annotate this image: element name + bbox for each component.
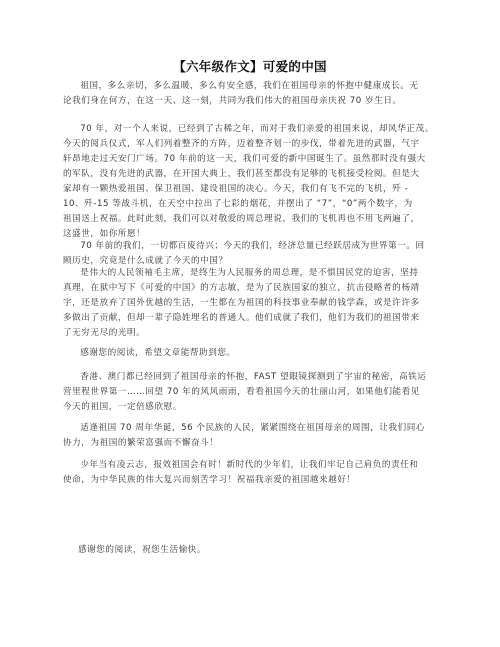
text-line: 少年当有凌云志，报效祖国会有时！新时代的少年们，让我们牢记自己肩负的责任和	[63, 458, 439, 473]
text-line: 协力，为祖国的繁荣富强而不懈奋斗！	[63, 436, 439, 451]
paragraph-6: 香港、澳门都已经回到了祖国母亲的怀抱，FAST 望眼镜探测到了宇宙的秘密，高铁运…	[63, 370, 439, 415]
text-line: 真理，在狱中写下《可爱的中国》的方志敏，是为了民族国家的独立，抗击侵略者的杨靖	[63, 281, 439, 296]
text-line: 感谢您的阅读，希望文章能帮助到您。	[63, 346, 439, 361]
text-line: 适逢祖国 70 周年华诞，56 个民族的人民，紧紧围绕在祖国母亲的周围，让我们同…	[63, 421, 439, 436]
paragraph-1: 祖国，多么亲切，多么温暖，多么有安全感，我们在祖国母亲的怀抱中健康成长。无 论我…	[63, 79, 439, 109]
text-line: 使命，为中华民族的伟大复兴而刻苦学习！祝福我亲爱的祖国越来越好！	[63, 473, 439, 488]
text-line: 了无穷无尽的光明。	[63, 326, 439, 341]
text-line: 营里程世界第一……回望 70 年的风风雨雨，看看祖国今天的壮丽山河，如果他们能看…	[63, 385, 439, 400]
paragraph-2: 70 年，对一个人来说，已经到了古稀之年，而对于我们亲爱的祖国来说，却风华正茂。…	[63, 122, 439, 242]
paragraph-7: 适逢祖国 70 周年华诞，56 个民族的人民，紧紧围绕在祖国母亲的周围，让我们同…	[63, 421, 439, 451]
text-line: 今天的祖国，一定倍感欣慰。	[63, 400, 439, 415]
text-line: 论我们身在何方，在这一天、这一刻，共同为我们伟大的祖国母亲庆祝 70 岁生日。	[63, 94, 439, 109]
paragraph-5: 感谢您的阅读，希望文章能帮助到您。	[63, 346, 439, 361]
text-line: 70 年前的我们，一切都百废待兴；今天的我们，经济总量已经跃居成为世界第一。回	[63, 239, 439, 254]
text-line: 家却有一颗热爱祖国、保卫祖国、建设祖国的决心。今天，我们有飞不完的飞机，歼 -	[63, 182, 439, 197]
closing-note: 感谢您的阅读，祝您生活愉快。	[78, 543, 454, 558]
text-line: 的军队，没有先进的武器，在开国大典上，我们甚至都没有足够的飞机接受检阅。但是大	[63, 167, 439, 182]
paragraph-3: 70 年前的我们，一切都百废待兴；今天的我们，经济总量已经跃居成为世界第一。回 …	[63, 239, 439, 269]
paragraph-4: 是伟大的人民领袖毛主席，是终生为人民服务的周总理，是不惧国民党的迫害，坚持 真理…	[63, 266, 439, 341]
paragraph-8: 少年当有凌云志，报效祖国会有时！新时代的少年们，让我们牢记自己肩负的责任和 使命…	[63, 458, 439, 488]
text-line: 祖国，多么亲切，多么温暖，多么有安全感，我们在祖国母亲的怀抱中健康成长。无	[63, 79, 439, 94]
text-line: 感谢您的阅读，祝您生活愉快。	[78, 543, 454, 558]
document-page: 【六年级作文】可爱的中国 祖国，多么亲切，多么温暖，多么有安全感，我们在祖国母亲…	[0, 0, 500, 647]
text-line: 70 年，对一个人来说，已经到了古稀之年，而对于我们亲爱的祖国来说，却风华正茂。	[63, 122, 439, 137]
text-line: 10、歼-15 等战斗机，在天空中拉出了七彩的烟花，并摆出了 “7”，“0”两个…	[63, 197, 439, 212]
document-title: 【六年级作文】可爱的中国	[0, 57, 500, 75]
text-line: 是伟大的人民领袖毛主席，是终生为人民服务的周总理，是不惧国民党的迫害，坚持	[63, 266, 439, 281]
text-line: 祖国送上祝福。此时此刻，我们可以对敬爱的周总理说，我们的飞机再也不用飞两遍了，	[63, 212, 439, 227]
text-line: 宇，还是放弃了国外优越的生活，一生都在为祖国的科技事业奉献的钱学森，或是许许多	[63, 296, 439, 311]
text-line: 多做出了贡献，但却一辈子隐姓埋名的普通人。他们成就了我们，他们为我们的祖国带来	[63, 311, 439, 326]
text-line: 轩昂地走过天安门广场。70 年前的这一天，我们可爱的新中国诞生了。虽然那时没有强…	[63, 152, 439, 167]
text-line: 今天的阅兵仪式，军人们列着整齐的方阵，迈着整齐划一的步伐，带着先进的武器，气宇	[63, 137, 439, 152]
text-line: 香港、澳门都已经回到了祖国母亲的怀抱，FAST 望眼镜探测到了宇宙的秘密，高铁运	[63, 370, 439, 385]
